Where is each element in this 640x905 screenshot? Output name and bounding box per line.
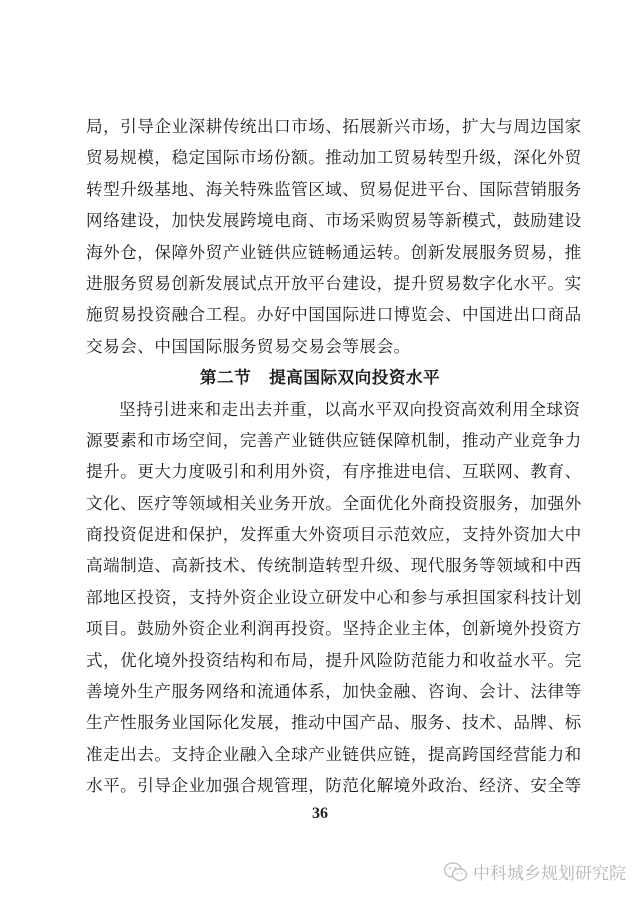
- section-number: 第二节: [200, 368, 251, 387]
- text-line: 贸易规模，稳定国际市场份额。推动加工贸易转型升级，深化外贸: [86, 142, 554, 173]
- text-line: 商投资促进和保护，发挥重大外资项目示范效应，支持外资加大中: [86, 519, 554, 550]
- text-line: 进服务贸易创新发展试点开放平台建设，提升贸易数字化水平。实: [86, 268, 554, 299]
- text-line: 水平。引导企业加强合规管理，防范化解境外政治、经济、安全等: [86, 770, 554, 801]
- text-line: 生产性服务业国际化发展，推动中国产品、服务、技术、品牌、标: [86, 707, 554, 738]
- text-line: 提升。更大力度吸引和利用外资，有序推进电信、互联网、教育、: [86, 456, 554, 487]
- watermark-text: 中科城乡规划研究院: [473, 859, 626, 884]
- text-line: 施贸易投资融合工程。办好中国国际进口博览会、中国进出口商品: [86, 299, 554, 330]
- text-line: 交易会、中国国际服务贸易交易会等展会。: [86, 331, 554, 362]
- wechat-icon: [443, 861, 469, 883]
- text-line: 部地区投资，支持外资企业设立研发中心和参与承担国家科技计划: [86, 582, 554, 613]
- text-line: 坚持引进来和走出去并重，以高水平双向投资高效利用全球资: [86, 394, 554, 425]
- page-number: 36: [0, 805, 640, 823]
- section-title: 提高国际双向投资水平: [269, 368, 440, 387]
- text-line: 源要素和市场空间，完善产业链供应链保障机制，推动产业竞争力: [86, 425, 554, 456]
- text-line: 海外仓，保障外贸产业链供应链畅通运转。创新发展服务贸易，推: [86, 237, 554, 268]
- text-line: 准走出去。支持企业融入全球产业链供应链，提高跨国经营能力和: [86, 739, 554, 770]
- text-line: 项目。鼓励外资企业利润再投资。坚持企业主体，创新境外投资方: [86, 613, 554, 644]
- text-line: 局，引导企业深耕传统出口市场、拓展新兴市场，扩大与周边国家: [86, 111, 554, 142]
- text-line: 网络建设，加快发展跨境电商、市场采购贸易等新模式，鼓励建设: [86, 205, 554, 236]
- text-line: 文化、医疗等领域相关业务开放。全面优化外商投资服务，加强外: [86, 488, 554, 519]
- text-line: 转型升级基地、海关特殊监管区域、贸易促进平台、国际营销服务: [86, 174, 554, 205]
- section-heading: 第二节提高国际双向投资水平: [86, 362, 554, 393]
- text-line: 高端制造、高新技术、传统制造转型升级、现代服务等领域和中西: [86, 550, 554, 581]
- text-line: 善境外生产服务网络和流通体系，加快金融、咨询、会计、法律等: [86, 676, 554, 707]
- document-page: 局，引导企业深耕传统出口市场、拓展新兴市场，扩大与周边国家 贸易规模，稳定国际市…: [0, 0, 640, 905]
- watermark: 中科城乡规划研究院: [443, 859, 626, 884]
- text-line: 式，优化境外投资结构和布局，提升风险防范能力和收益水平。完: [86, 645, 554, 676]
- paragraph-continuation: 局，引导企业深耕传统出口市场、拓展新兴市场，扩大与周边国家 贸易规模，稳定国际市…: [86, 111, 554, 802]
